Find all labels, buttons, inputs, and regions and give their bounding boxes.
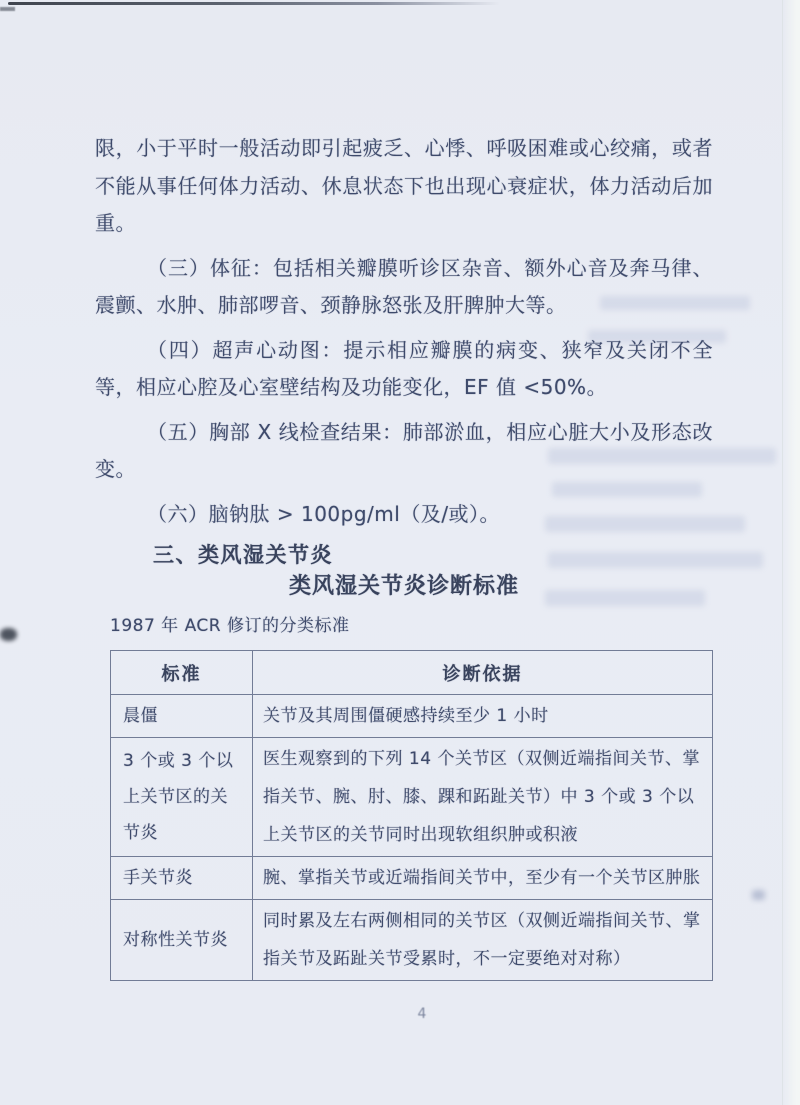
scan-smudge-artifact — [0, 628, 17, 641]
body-paragraph-signs: （三）体征：包括相关瓣膜听诊区杂音、额外心音及奔马律、震颤、水肿、肺部啰音、颈静… — [95, 250, 713, 325]
table-row-symmetric-arthritis: 对称性关节炎 同时累及左右两侧相同的关节区（双侧近端指间关节、掌指关节及跖趾关节… — [111, 900, 713, 981]
body-paragraph-continuation: 限，小于平时一般活动即引起疲乏、心悸、呼吸困难或心绞痛，或者不能从事任何体力活动… — [95, 130, 713, 243]
basis-cell: 同时累及左右两侧相同的关节区（双侧近端指间关节、掌指关节及跖趾关节受累时，不一定… — [253, 900, 713, 981]
page-number: 4 — [410, 1006, 434, 1022]
criterion-cell: 晨僵 — [111, 695, 253, 738]
column-header-basis: 诊断依据 — [253, 651, 713, 695]
body-paragraph-chest-xray: （五）胸部 X 线检查结果：肺部淤血，相应心脏大小及形态改变。 — [95, 414, 713, 489]
column-header-criterion: 标准 — [111, 651, 253, 695]
body-paragraph-echocardiogram: （四）超声心动图：提示相应瓣膜的病变、狭窄及关闭不全等，相应心腔及心室壁结构及功… — [95, 332, 713, 407]
criterion-cell: 手关节炎 — [111, 857, 253, 900]
scan-edge-artifact — [8, 2, 500, 5]
criteria-table: 标准 诊断依据 晨僵 关节及其周围僵硬感持续至少 1 小时 3 个或 3 个以上… — [110, 650, 713, 981]
criterion-cell: 对称性关节炎 — [111, 900, 253, 981]
scan-corner-mark-artifact — [0, 7, 15, 11]
body-paragraph-bnp: （六）脑钠肽 > 100pg/ml（及/或）。 — [95, 496, 713, 534]
basis-cell: 医生观察到的下列 14 个关节区（双侧近端指间关节、掌指关节、腕、肘、膝、踝和跖… — [253, 738, 713, 857]
table-row-three-joint-areas: 3 个或 3 个以上关节区的关节炎 医生观察到的下列 14 个关节区（双侧近端指… — [111, 738, 713, 857]
scanned-document-page: 限，小于平时一般活动即引起疲乏、心悸、呼吸困难或心绞痛，或者不能从事任何体力活动… — [0, 0, 800, 1105]
table-header-row: 标准 诊断依据 — [111, 651, 713, 695]
table-caption: 1987 年 ACR 修订的分类标准 — [110, 612, 713, 640]
page-edge-artifact — [782, 0, 800, 1105]
table-row-hand-arthritis: 手关节炎 腕、掌指关节或近端指间关节中，至少有一个关节区肿胀 — [111, 857, 713, 900]
table-row-morning-stiffness: 晨僵 关节及其周围僵硬感持续至少 1 小时 — [111, 695, 713, 738]
document-content: 限，小于平时一般活动即引起疲乏、心悸、呼吸困难或心绞痛，或者不能从事任何体力活动… — [95, 130, 713, 981]
section-heading: 三、类风湿关节炎 — [153, 540, 713, 570]
table-title: 类风湿关节炎诊断标准 — [95, 570, 713, 604]
bleed-through-artifact — [752, 890, 765, 900]
criterion-cell: 3 个或 3 个以上关节区的关节炎 — [111, 738, 253, 857]
basis-cell: 关节及其周围僵硬感持续至少 1 小时 — [253, 695, 713, 738]
basis-cell: 腕、掌指关节或近端指间关节中，至少有一个关节区肿胀 — [253, 857, 713, 900]
